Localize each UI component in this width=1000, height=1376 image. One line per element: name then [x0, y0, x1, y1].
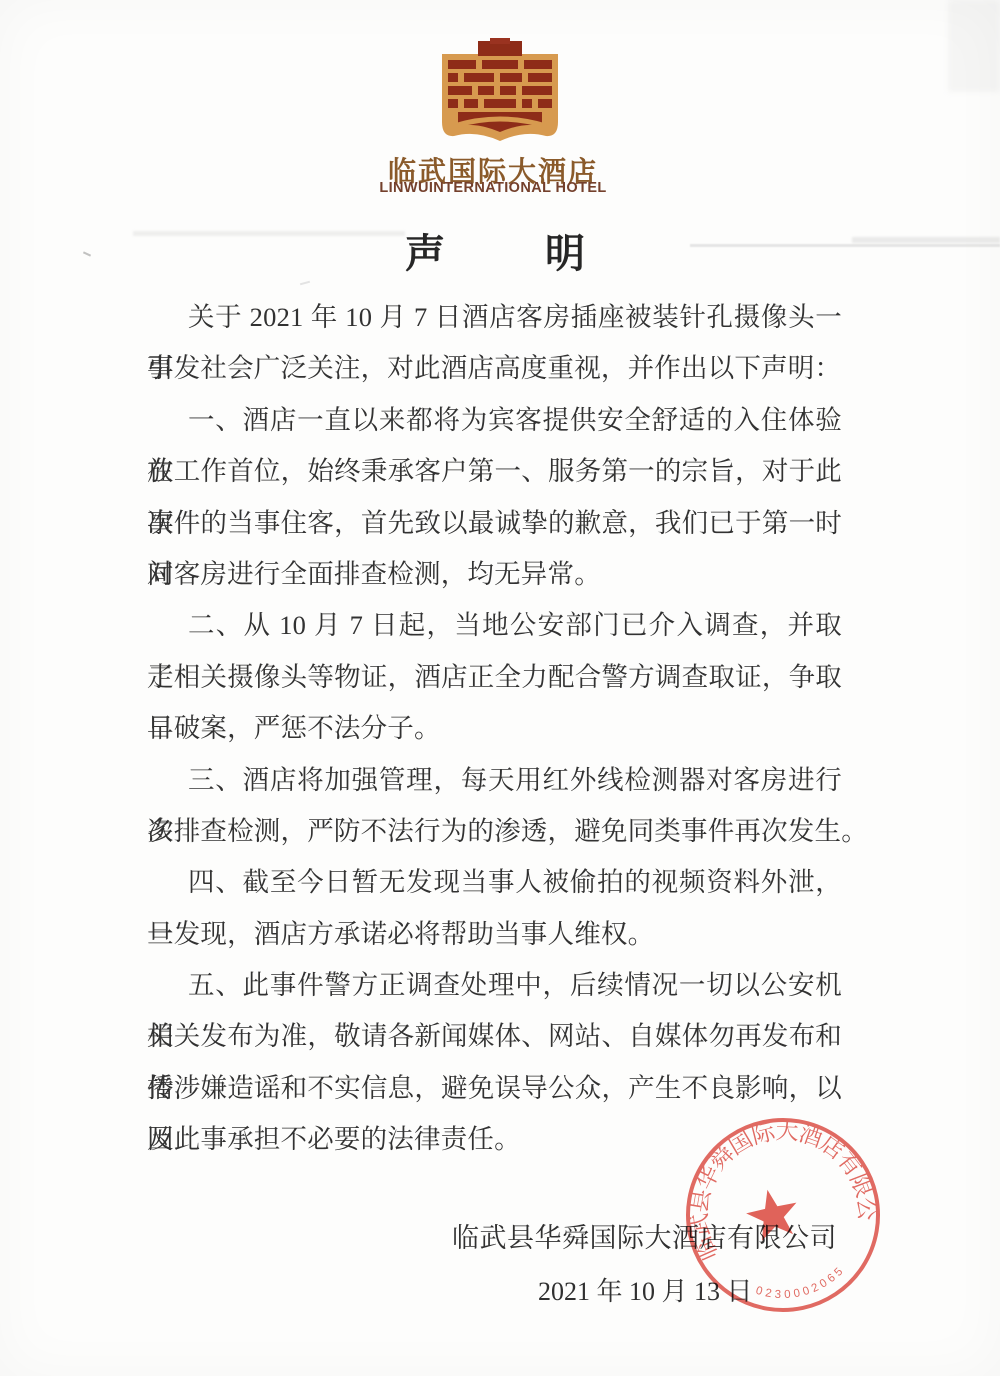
body-line: 四、截至今日暂无发现当事人被偷拍的视频资料外泄，一 — [147, 857, 842, 908]
title-char-2: 明 — [545, 231, 585, 276]
statement-body: 关于 2021 年 10 月 7 日酒店客房插座被装针孔摄像头一事引发社会广泛关… — [147, 292, 842, 1166]
body-line: 事件的当事住客，首先致以最诚挚的歉意，我们已于第一时间 — [147, 498, 842, 549]
body-line: 二、从 10 月 7 日起，当地公安部门已介入调查，并取走 — [147, 600, 842, 651]
scanned-statement-page: 临武国际大酒店 LINWUINTERNATIONAL HOTEL 声明 关于 2… — [0, 0, 1000, 1376]
body-line: 次排查检测，严防不法行为的渗透，避免同类事件再次发生。 — [147, 806, 842, 857]
body-line: 对客房进行全面排查检测，均无异常。 — [147, 549, 842, 600]
body-line: 三、酒店将加强管理，每天用红外线检测器对客房进行多 — [147, 755, 842, 806]
body-line: 一、酒店一直以来都将为宾客提供安全舒适的入住体验放 — [147, 395, 842, 446]
body-line: 引发社会广泛关注，对此酒店高度重视，并作出以下声明： — [147, 343, 842, 394]
seal-star-icon — [742, 1184, 802, 1242]
body-line: 在工作首位，始终秉承客户第一、服务第一的宗旨，对于此次 — [147, 446, 842, 497]
company-seal-icon: 临武县华舜国际大酒店有限公司 0230002065 — [651, 1083, 914, 1346]
hotel-name-english: LINWUINTERNATIONAL HOTEL — [0, 180, 986, 196]
scan-artifact-edge-shade — [948, 0, 1000, 92]
svg-text:0230002065: 0230002065 — [751, 1262, 851, 1309]
statement-title: 声明 — [0, 222, 990, 279]
hotel-emblem-icon — [434, 38, 566, 150]
body-line: 关于 2021 年 10 月 7 日酒店客房插座被装针孔摄像头一事 — [147, 292, 842, 343]
body-line: 日破案，严惩不法分子。 — [147, 703, 842, 754]
body-line: 相关发布为准，敬请各新闻媒体、网站、自媒体勿再发布和传 — [147, 1011, 842, 1062]
body-line: 了相关摄像头等物证，酒店正全力配合警方调查取证，争取早 — [147, 652, 842, 703]
title-char-1: 声 — [405, 231, 445, 276]
scan-artifact-speck — [300, 281, 310, 286]
body-line: 五、此事件警方正调查处理中，后续情况一切以公安机关 — [147, 960, 842, 1011]
seal-serial-number: 0230002065 — [751, 1262, 851, 1309]
body-line: 播涉嫌造谣和不实信息，避免误导公众，产生不良影响，以及 — [147, 1063, 842, 1114]
body-line: 旦发现，酒店方承诺必将帮助当事人维权。 — [147, 909, 842, 960]
